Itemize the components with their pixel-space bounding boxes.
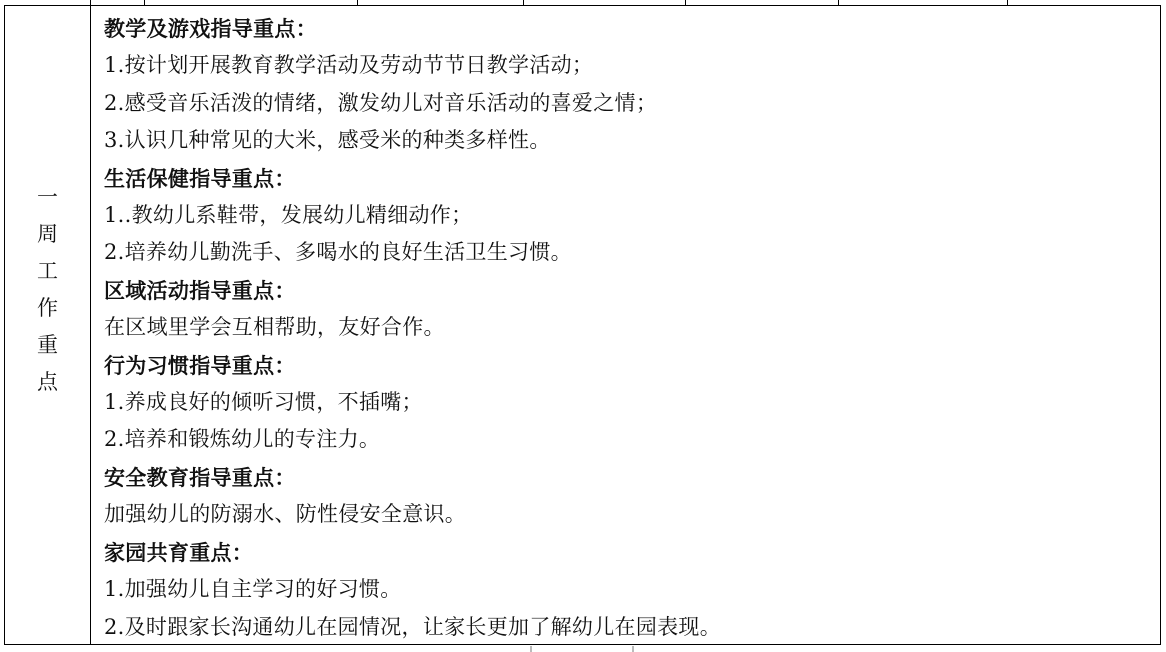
label-char: 一 — [37, 179, 58, 216]
section-item: 1.养成良好的倾听习惯，不插嘴； — [104, 384, 1160, 421]
section-item: 2.培养幼儿勤洗手、多喝水的良好生活卫生习惯。 — [104, 234, 1160, 271]
section-item: 1.按计划开展教育教学活动及劳动节节日教学活动； — [104, 47, 1160, 84]
label-char: 点 — [37, 364, 58, 401]
section-item: 加强幼儿的防溺水、防性侵安全意识。 — [104, 496, 1160, 533]
weekly-focus-label-cell: 一 周 工 作 重 点 — [5, 5, 91, 644]
label-char: 重 — [37, 327, 58, 364]
label-char: 工 — [37, 253, 58, 290]
section-item: 1..教幼儿系鞋带，发展幼儿精细动作； — [104, 197, 1160, 234]
label-char: 作 — [37, 290, 58, 327]
section-item: 3.认识几种常见的大米，感受米的种类多样性。 — [104, 122, 1160, 159]
section-teaching: 教学及游戏指导重点： 1.按计划开展教育教学活动及劳动节节日教学活动； 2.感受… — [104, 10, 1160, 160]
section-heading: 生活保健指导重点： — [104, 160, 1160, 197]
section-behavior: 行为习惯指导重点： 1.养成良好的倾听习惯，不插嘴； 2.培养和锻炼幼儿的专注力… — [104, 347, 1160, 459]
label-char: 周 — [37, 216, 58, 253]
section-health: 生活保健指导重点： 1..教幼儿系鞋带，发展幼儿精细动作； 2.培养幼儿勤洗手、… — [104, 160, 1160, 272]
section-safety: 安全教育指导重点： 加强幼儿的防溺水、防性侵安全意识。 — [104, 459, 1160, 534]
section-heading: 安全教育指导重点： — [104, 459, 1160, 496]
weekly-focus-table: 一 周 工 作 重 点 教学及游戏指导重点： 1.按计划开展教育教学活动及劳动节… — [4, 5, 1161, 645]
section-heading: 行为习惯指导重点： — [104, 347, 1160, 384]
section-item: 在区域里学会互相帮助，友好合作。 — [104, 309, 1160, 346]
section-item: 2.及时跟家长沟通幼儿在园情况，让家长更加了解幼儿在园表现。 — [104, 609, 1160, 646]
section-heading: 教学及游戏指导重点： — [104, 10, 1160, 47]
weekly-focus-content-cell: 教学及游戏指导重点： 1.按计划开展教育教学活动及劳动节节日教学活动； 2.感受… — [91, 5, 1160, 644]
page-edge-marker — [530, 646, 634, 652]
section-heading: 家园共育重点： — [104, 534, 1160, 571]
section-item: 2.培养和锻炼幼儿的专注力。 — [104, 421, 1160, 458]
section-item: 2.感受音乐活泼的情绪，激发幼儿对音乐活动的喜爱之情； — [104, 85, 1160, 122]
section-area-activity: 区域活动指导重点： 在区域里学会互相帮助，友好合作。 — [104, 272, 1160, 347]
section-heading: 区域活动指导重点： — [104, 272, 1160, 309]
section-home-school: 家园共育重点： 1.加强幼儿自主学习的好习惯。 2.及时跟家长沟通幼儿在园情况，… — [104, 534, 1160, 646]
section-item: 1.加强幼儿自主学习的好习惯。 — [104, 571, 1160, 608]
